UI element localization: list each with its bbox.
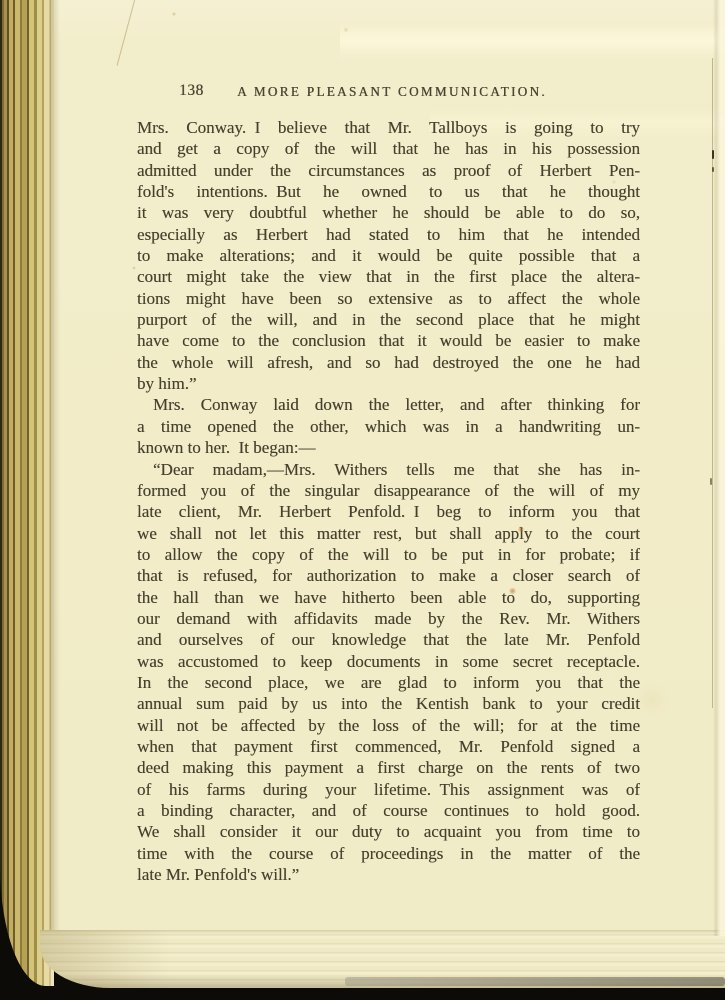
text-line: that is refused, for authorization to ma…: [137, 565, 640, 586]
right-page-edge: [713, 0, 725, 936]
text-line: admitted under the circumstances as proo…: [137, 160, 640, 181]
edge-mark: [712, 167, 714, 172]
text-line: tions might have been so extensive as to…: [137, 288, 640, 309]
text-line: late client, Mr. Herbert Penfold. I beg …: [137, 501, 640, 522]
text-line: Mrs. Conway. I believe that Mr. Tallboys…: [137, 117, 640, 138]
spine-shadow: [50, 0, 60, 960]
edge-mark: [712, 150, 714, 159]
text-line: by him.”: [137, 373, 640, 394]
text-line: was accustomed to keep documents in some…: [137, 651, 640, 672]
bottom-edge-streak: [345, 977, 725, 986]
book-scan-photo: 138 A MORE PLEASANT COMMUNICATION. Mrs. …: [0, 0, 725, 1000]
text-line: will not be affected by the loss of the …: [137, 715, 640, 736]
text-line: and get a copy of the will that he has i…: [137, 138, 640, 159]
text-line: a binding character, and of course conti…: [137, 800, 640, 821]
text-line: deed making this payment a first charge …: [137, 757, 640, 778]
edge-mark: [710, 478, 712, 485]
text-line: fold's intentions. But he owned to us th…: [137, 181, 640, 202]
page-body: Mrs. Conway. I believe that Mr. Tallboys…: [137, 117, 640, 885]
text-line: formed you of the singular disappearance…: [137, 480, 640, 501]
text-line: when that payment first commenced, Mr. P…: [137, 736, 640, 757]
text-line: annual sum paid by us into the Kentish b…: [137, 693, 640, 714]
text-line: of his farms during your lifetime. This …: [137, 779, 640, 800]
text-line: time with the course of proceedings in t…: [137, 843, 640, 864]
text-line: In the second place, we are glad to info…: [137, 672, 640, 693]
text-line: the whole will afresh, and so had destro…: [137, 352, 640, 373]
text-line: especially as Herbert had stated to him …: [137, 224, 640, 245]
text-line: we shall not let this matter rest, but s…: [137, 523, 640, 544]
text-line: “Dear madam,—Mrs. Withers tells me that …: [137, 459, 640, 480]
page-header: 138 A MORE PLEASANT COMMUNICATION.: [137, 82, 647, 99]
text-line: our demand with affidavits made by the R…: [137, 608, 640, 629]
text-line: and ourselves of our knowledge that the …: [137, 629, 640, 650]
text-line: have come to the conclusion that it woul…: [137, 330, 640, 351]
text-line: known to her. It began:—: [137, 437, 640, 458]
text-line: to make alterations; and it would be qui…: [137, 245, 640, 266]
ink-speck: [509, 587, 516, 595]
text-line: late Mr. Penfold's will.”: [137, 864, 640, 885]
running-title: A MORE PLEASANT COMMUNICATION.: [137, 84, 647, 100]
text-line: We shall consider it our duty to acquain…: [137, 821, 640, 842]
text-line: court might take the view that in the fi…: [137, 266, 640, 287]
ink-speck: [518, 526, 524, 533]
text-line: to allow the copy of the will to be put …: [137, 544, 640, 565]
spine-page-edges: [0, 0, 54, 986]
text-line: Mrs. Conway laid down the letter, and af…: [137, 394, 640, 415]
text-line: it was very doubtful whether he should b…: [137, 202, 640, 223]
text-line: the hall than we have hitherto been able…: [137, 587, 640, 608]
paper-sheen: [340, 24, 725, 60]
text-line: purport of the will, and in the second p…: [137, 309, 640, 330]
text-line: a time opened the other, which was in a …: [137, 416, 640, 437]
